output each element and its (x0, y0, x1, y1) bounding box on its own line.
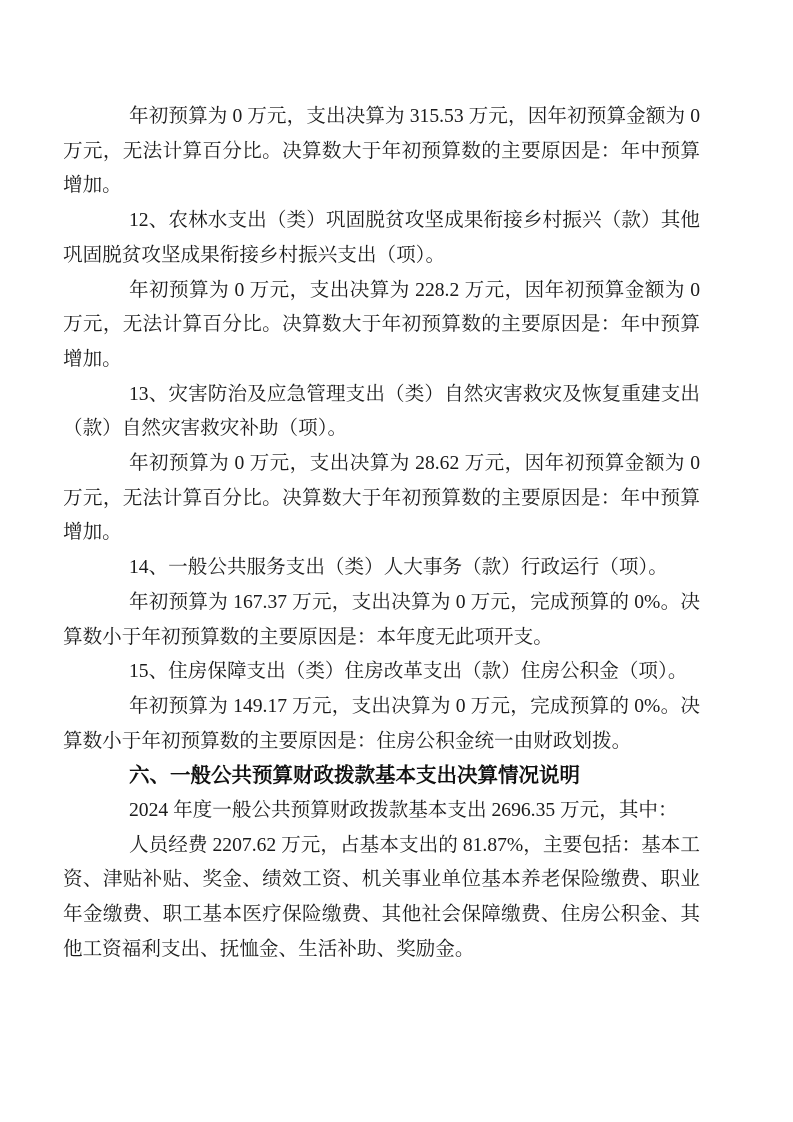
paragraph-personnel-funds: 人员经费 2207.62 万元，占基本支出的 81.87%，主要包括：基本工资、… (63, 829, 700, 968)
document-text-block: 年初预算为 0 万元，支出决算为 315.53 万元，因年初预算金额为 0 万元… (63, 100, 700, 968)
paragraph-item14-title: 14、一般公共服务支出（类）人大事务（款）行政运行（项）。 (63, 551, 700, 586)
paragraph-item15-detail: 年初预算为 149.17 万元，支出决算为 0 万元，完成预算的 0%。决算数小… (63, 690, 700, 759)
paragraph-item13-detail: 年初预算为 0 万元，支出决算为 28.62 万元，因年初预算金额为 0 万元，… (63, 447, 700, 551)
document-page: 年初预算为 0 万元，支出决算为 315.53 万元，因年初预算金额为 0 万元… (0, 0, 793, 1122)
paragraph-item15-title: 15、住房保障支出（类）住房改革支出（款）住房公积金（项）。 (63, 655, 700, 690)
paragraph-item13-title: 13、灾害防治及应急管理支出（类）自然灾害救灾及恢复重建支出（款）自然灾害救灾补… (63, 378, 700, 447)
paragraph-item14-detail: 年初预算为 167.37 万元，支出决算为 0 万元，完成预算的 0%。决算数小… (63, 586, 700, 655)
paragraph-item11-detail: 年初预算为 0 万元，支出决算为 315.53 万元，因年初预算金额为 0 万元… (63, 100, 700, 204)
paragraph-item12-detail: 年初预算为 0 万元，支出决算为 228.2 万元，因年初预算金额为 0 万元，… (63, 274, 700, 378)
paragraph-basic-expenditure: 2024 年度一般公共预算财政拨款基本支出 2696.35 万元，其中： (63, 794, 700, 829)
section-heading-six: 六、一般公共预算财政拨款基本支出决算情况说明 (63, 759, 700, 794)
paragraph-item12-title: 12、农林水支出（类）巩固脱贫攻坚成果衔接乡村振兴（款）其他巩固脱贫攻坚成果衔接… (63, 204, 700, 273)
